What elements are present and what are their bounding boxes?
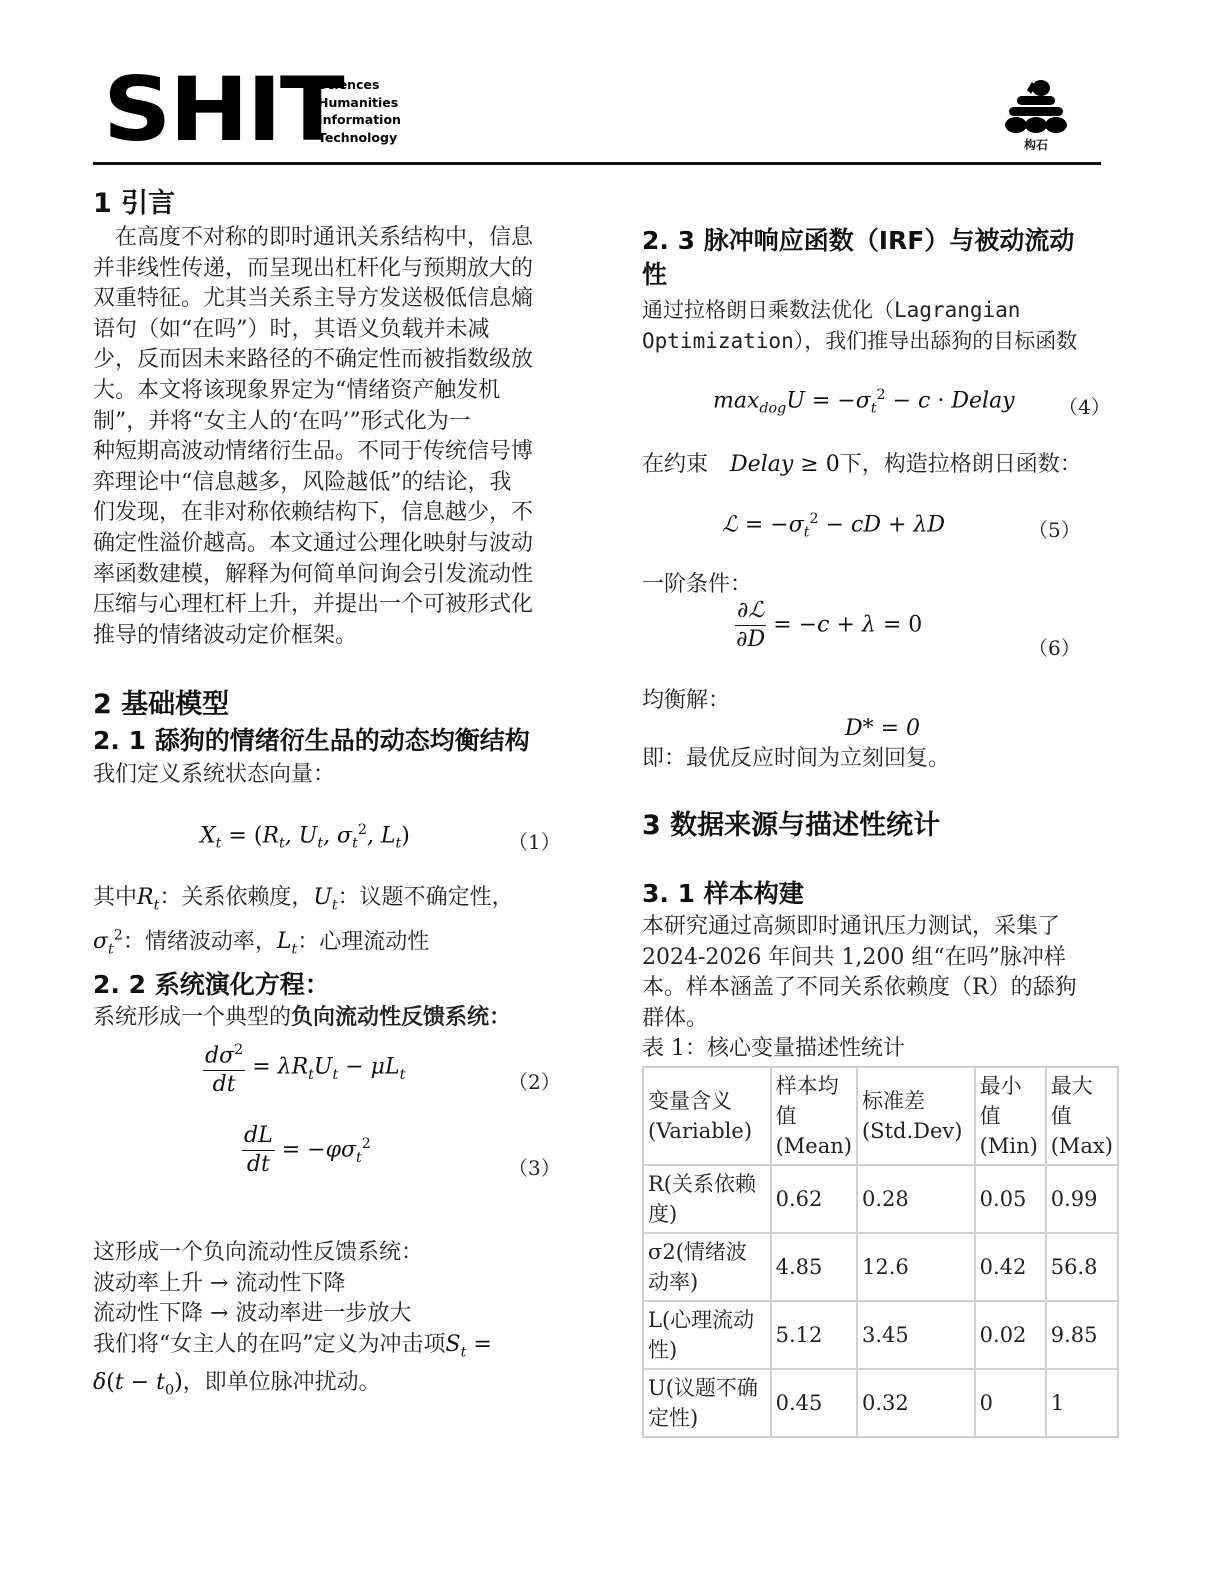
header-cell: 变量含义(Variable) <box>643 1067 771 1165</box>
text-line: 群体。 <box>642 1004 1120 1035</box>
text: ：情绪波动率， <box>123 929 277 954</box>
section-2-2-title: 2. 2 系统演化方程： <box>93 968 571 1002</box>
equation-5-number: （5） <box>1028 514 1081 543</box>
cell-max: 56.8 <box>1046 1233 1118 1301</box>
text: 标准差 <box>862 1086 970 1116</box>
cell-min: 0 <box>975 1369 1046 1437</box>
logo-sub-line: Technology <box>318 129 401 147</box>
text-line: 少，反而因未来路径的不确定性而被指数级放 <box>93 345 571 376</box>
section-2-3-title: 2. 3 脉冲响应函数（IRF）与被动流动 性 <box>642 224 1120 292</box>
header-rule <box>93 162 1101 165</box>
table-row: σ2(情绪波动率) 4.85 12.6 0.42 56.8 <box>643 1233 1118 1301</box>
equation-4-number: （4） <box>1058 391 1111 420</box>
section-2-3-intro: 通过拉格朗日乘数法优化（Lagrangian Optimization），我们推… <box>642 295 1120 356</box>
cell-mean: 0.62 <box>771 1165 857 1233</box>
right-logo: 构石 <box>1000 76 1072 153</box>
cell-std: 0.32 <box>857 1369 975 1437</box>
text: 性) <box>648 1335 766 1365</box>
table-row: L(心理流动性) 5.12 3.45 0.02 9.85 <box>643 1301 1118 1369</box>
text-line: 语句（如“在吗”）时，其语义负载并未减 <box>93 315 571 346</box>
text-line: 并非线性传递，而呈现出杠杆化与预期放大的 <box>93 254 571 285</box>
text: U(议题不确 <box>648 1373 766 1403</box>
text: 动率) <box>648 1267 766 1297</box>
logo-sub-line: Sciences <box>318 76 401 94</box>
section-2-1-title: 2. 1 舔狗的情绪衍生品的动态均衡结构 <box>93 724 571 758</box>
section-1-title: 1 引言 <box>93 187 571 221</box>
text-line: 率函数建模，解释为何简单问询会引发流动性 <box>93 560 571 591</box>
section-2-title: 2 基础模型 <box>93 688 571 722</box>
section-1-paragraph: 在高度不对称的即时通讯关系结构中，信息 并非线性传递，而呈现出杠杆化与预期放大的… <box>93 223 571 651</box>
table-caption: 表 1：核心变量描述性统计 <box>642 1034 1120 1065</box>
cell-min: 0.02 <box>975 1301 1046 1369</box>
cell-mean: 0.45 <box>771 1369 857 1437</box>
logo-wordmark: SHIT <box>103 66 343 154</box>
cell-max: 9.85 <box>1046 1301 1118 1369</box>
text-line: δ(t − t0)，即单位脉冲扰动。 <box>93 1368 571 1406</box>
section-2-1-intro: 我们定义系统状态向量： <box>93 760 571 791</box>
text: 最大 <box>1051 1071 1113 1101</box>
equation-2: dσ2dt = λRtUt − μLt <box>203 1036 405 1099</box>
text: ：关系依赖度， <box>159 885 313 910</box>
equation-1-number: （1） <box>508 826 561 855</box>
text: 变量含义 <box>648 1086 766 1116</box>
text-line: 本研究通过高频即时通讯压力测试，采集了 <box>642 912 1120 943</box>
equilibrium-conclusion: 即：最优反应时间为立刻回复。 <box>642 744 1120 775</box>
table-row: R(关系依赖度) 0.62 0.28 0.05 0.99 <box>643 1165 1118 1233</box>
table-row: U(议题不确定性) 0.45 0.32 0 1 <box>643 1369 1118 1437</box>
text: 最小 <box>980 1071 1041 1101</box>
cell-variable: σ2(情绪波动率) <box>643 1233 771 1301</box>
cell-variable: U(议题不确定性) <box>643 1369 771 1437</box>
text: (Min) <box>980 1131 1041 1161</box>
text: 下，构造拉格朗日函数： <box>840 452 1082 477</box>
logo-sub-line: Information <box>318 111 401 129</box>
section-3-title: 3 数据来源与描述性统计 <box>642 809 1120 843</box>
cell-mean: 5.12 <box>771 1301 857 1369</box>
text-line: 制”，并将“女主人的‘在吗’”形式化为一 <box>93 407 571 438</box>
text-line: 2024-2026 年间共 1,200 组“在吗”脉冲样 <box>642 943 1120 974</box>
text-line: 弈理论中“信息越多，风险越低”的结论，我 <box>93 468 571 499</box>
bold-text: 负向流动性反馈系统： <box>291 1005 511 1030</box>
text-line: 们发现，在非对称依赖结构下，信息越少，不 <box>93 498 571 529</box>
equation-1: Xt = (Rt, Ut, σt2, Lt) <box>200 822 410 852</box>
variable-definitions: 其中Rt：关系依赖度，Ut：议题不确定性， σt2：情绪波动率，Lt：心理流动性 <box>93 883 573 965</box>
text: 定性) <box>648 1403 766 1433</box>
text: (Max) <box>1051 1131 1113 1161</box>
cell-min: 0.42 <box>975 1233 1046 1301</box>
equilibrium-label: 均衡解： <box>642 686 1120 717</box>
text-line: 流动性下降 → 波动率进一步放大 <box>93 1299 571 1330</box>
cell-variable: L(心理流动性) <box>643 1301 771 1369</box>
text-line: 我们将“女主人的在吗”定义为冲击项St = <box>93 1330 571 1368</box>
descriptive-stats-table: 变量含义(Variable) 样本均值(Mean) 标准差(Std.Dev) 最… <box>642 1066 1119 1438</box>
text: 值 <box>1051 1101 1113 1131</box>
text-line: Optimization），我们推导出舔狗的目标函数 <box>642 326 1120 357</box>
text-line: 在高度不对称的即时通讯关系结构中，信息 <box>93 223 571 254</box>
title-line: 性 <box>642 258 1120 292</box>
header-cell: 标准差(Std.Dev) <box>857 1067 975 1165</box>
cell-std: 12.6 <box>857 1233 975 1301</box>
text: (Std.Dev) <box>862 1116 970 1146</box>
table-header-row: 变量含义(Variable) 样本均值(Mean) 标准差(Std.Dev) 最… <box>643 1067 1118 1165</box>
logo-sub-line: Humanities <box>318 94 401 112</box>
equation-3-number: （3） <box>508 1152 561 1181</box>
cell-variable: R(关系依赖度) <box>643 1165 771 1233</box>
text-line: 推导的情绪波动定价框架。 <box>93 621 571 652</box>
cell-std: 3.45 <box>857 1301 975 1369</box>
text-line: 确定性溢价越高。本文通过公理化映射与波动 <box>93 529 571 560</box>
text: R(关系依赖 <box>648 1169 766 1199</box>
header-cell: 最大值(Max) <box>1046 1067 1118 1165</box>
text: 我们将“女主人的在吗”定义为冲击项 <box>93 1332 446 1357</box>
section-2-2-intro: 系统形成一个典型的负向流动性反馈系统： <box>93 1003 571 1034</box>
text: 系统形成一个典型的 <box>93 1005 291 1030</box>
equation-5: ℒ = −σt2 − cD + λD <box>722 511 945 541</box>
equilibrium-solution: D* = 0 <box>845 716 920 741</box>
text: L(心理流动 <box>648 1305 766 1335</box>
text: ：议题不确定性， <box>338 885 514 910</box>
text: (Mean) <box>776 1131 852 1161</box>
text-line: 这形成一个负向流动性反馈系统： <box>93 1238 571 1269</box>
text: 度) <box>648 1199 766 1229</box>
cell-mean: 4.85 <box>771 1233 857 1301</box>
equation-6-number: （6） <box>1028 632 1081 661</box>
cell-max: 0.99 <box>1046 1165 1118 1233</box>
text-line: 大。本文将该现象界定为“情绪资产触发机 <box>93 376 571 407</box>
text: (Variable) <box>648 1116 766 1146</box>
header-cell: 最小值(Min) <box>975 1067 1046 1165</box>
equation-3: dLdt = −φσt2 <box>242 1122 371 1179</box>
text-line: σt2：情绪波动率，Lt：心理流动性 <box>93 921 573 965</box>
equation-6: ∂ℒ∂D = −c + λ = 0 <box>735 597 922 654</box>
text: ，即单位脉冲扰动。 <box>183 1370 381 1395</box>
stone-pile-icon <box>1001 76 1071 134</box>
constraint-line: 在约束 Delay ≥ 0下，构造拉格朗日函数： <box>642 450 1120 481</box>
text: σ2(情绪波 <box>648 1237 766 1267</box>
cell-min: 0.05 <box>975 1165 1046 1233</box>
text-line: 其中Rt：关系依赖度，Ut：议题不确定性， <box>93 883 573 921</box>
equation-4: maxdogU = −σt2 − c · Delay <box>713 387 1015 417</box>
text: ：心理流动性 <box>297 929 429 954</box>
text-line: 种短期高波动情绪衍生品。不同于传统信号博 <box>93 437 571 468</box>
text: 在约束 <box>642 452 708 477</box>
section-3-1-title: 3. 1 样本构建 <box>642 877 1120 911</box>
text: 值 <box>980 1101 1041 1131</box>
text-line: 通过拉格朗日乘数法优化（Lagrangian <box>642 295 1120 326</box>
text-line: 波动率上升 → 流动性下降 <box>93 1269 571 1300</box>
cell-max: 1 <box>1046 1369 1118 1437</box>
text-line: 双重特征。尤其当关系主导方发送极低信息熵 <box>93 284 571 315</box>
logo-subtitle: Sciences Humanities Information Technolo… <box>318 76 401 146</box>
text-line: 压缩与心理杠杆上升，并提出一个可被形式化 <box>93 590 571 621</box>
right-logo-caption: 构石 <box>1000 136 1072 153</box>
feedback-description: 这形成一个负向流动性反馈系统： 波动率上升 → 流动性下降 流动性下降 → 波动… <box>93 1238 571 1406</box>
cell-std: 0.28 <box>857 1165 975 1233</box>
title-line: 2. 3 脉冲响应函数（IRF）与被动流动 <box>642 224 1120 258</box>
equation-2-number: （2） <box>508 1066 561 1095</box>
section-3-1-paragraph: 本研究通过高频即时通讯压力测试，采集了 2024-2026 年间共 1,200 … <box>642 912 1120 1065</box>
text: 样本均 <box>776 1071 852 1101</box>
header-cell: 样本均值(Mean) <box>771 1067 857 1165</box>
text: 其中 <box>93 885 137 910</box>
text-line: 本。样本涵盖了不同关系依赖度（R）的舔狗 <box>642 973 1120 1004</box>
text: 值 <box>776 1101 852 1131</box>
foc-label: 一阶条件： <box>642 570 1120 601</box>
